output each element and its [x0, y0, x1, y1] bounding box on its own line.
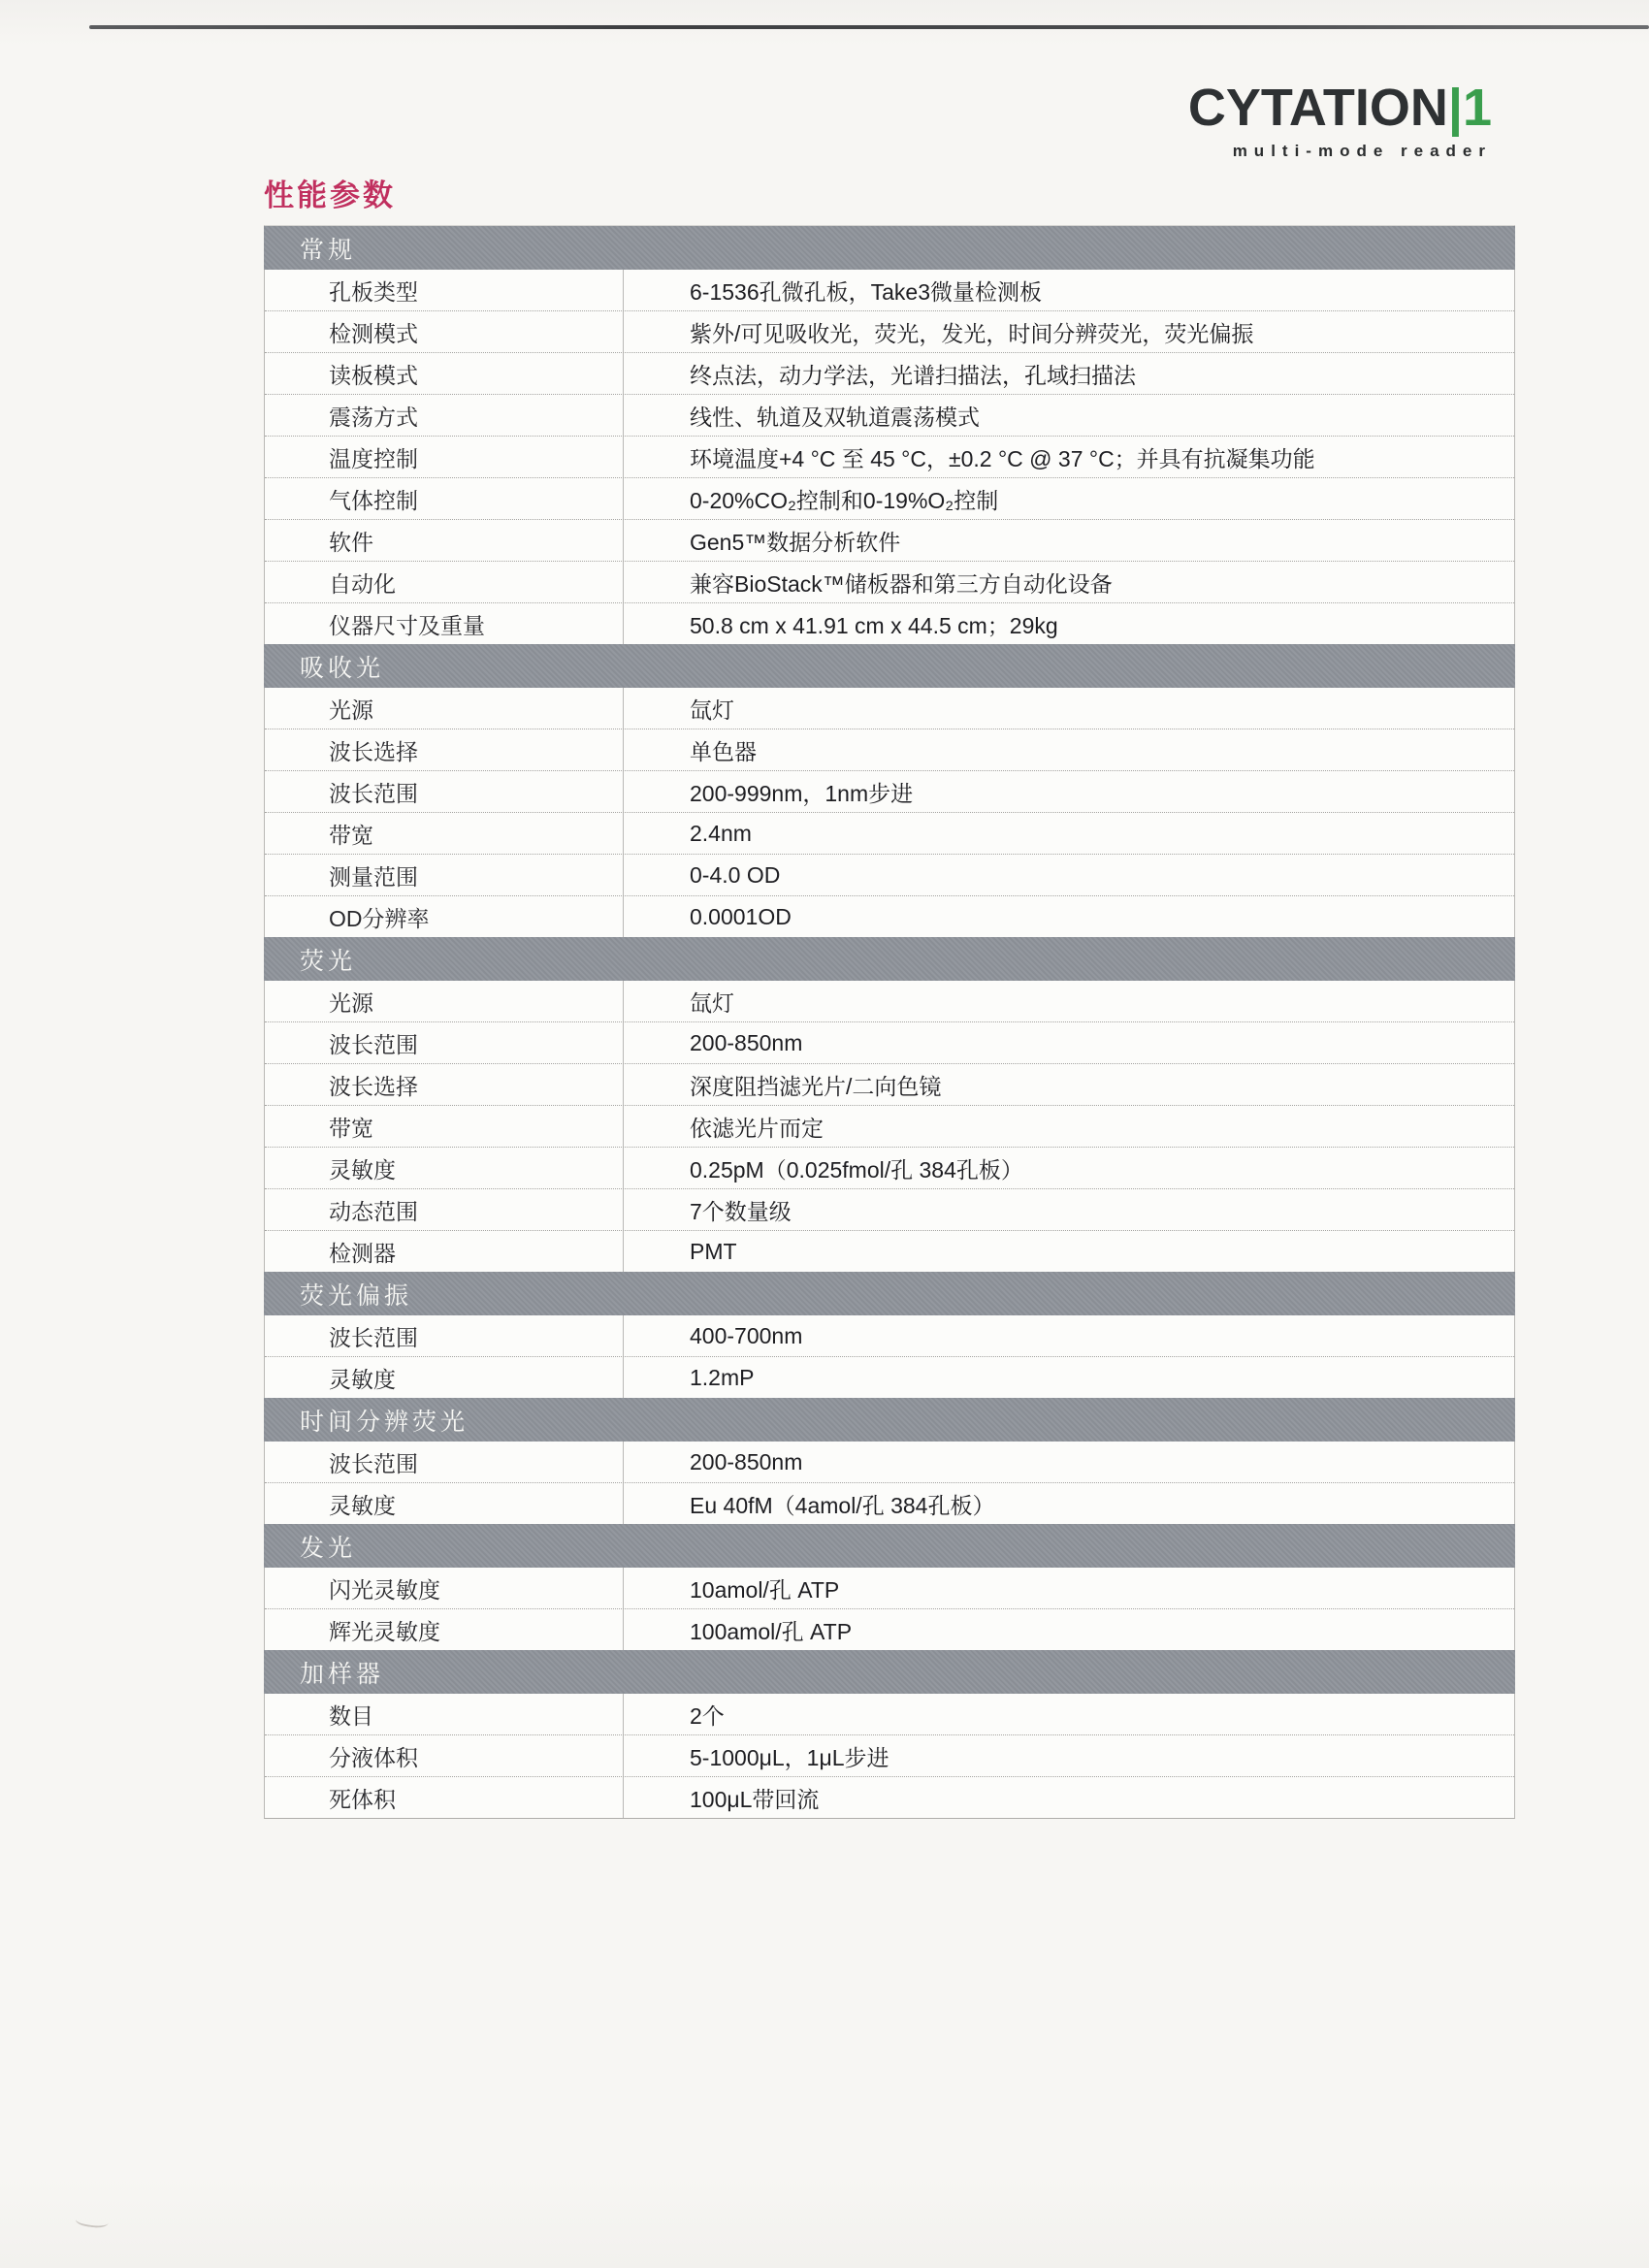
spec-row: 灵敏度Eu 40fM（4amol/孔 384孔板） — [265, 1482, 1514, 1524]
row-value: 1.2mP — [624, 1357, 1514, 1398]
row-value: 氙灯 — [624, 688, 1514, 729]
row-value: 200-850nm — [624, 1022, 1514, 1063]
section-header: 荧光偏振 — [264, 1272, 1515, 1315]
row-label: 数目 — [265, 1694, 624, 1734]
row-value: 5-1000μL，1μL步进 — [624, 1735, 1514, 1776]
spec-row: 孔板类型6-1536孔微孔板，Take3微量检测板 — [265, 270, 1514, 310]
row-label: 软件 — [265, 520, 624, 561]
row-label: 检测器 — [265, 1231, 624, 1272]
row-value: 兼容BioStack™储板器和第三方自动化设备 — [624, 562, 1514, 602]
logo-tagline: multi-mode reader — [1188, 142, 1492, 161]
row-value: 7个数量级 — [624, 1189, 1514, 1230]
scan-artifact — [75, 2212, 110, 2230]
section-header: 吸收光 — [264, 644, 1515, 688]
spec-row: 自动化兼容BioStack™储板器和第三方自动化设备 — [265, 561, 1514, 602]
spec-row: 读板模式终点法，动力学法，光谱扫描法，孔域扫描法 — [265, 352, 1514, 394]
row-value: 50.8 cm x 41.91 cm x 44.5 cm；29kg — [624, 603, 1514, 644]
spec-row: 测量范围0-4.0 OD — [265, 854, 1514, 895]
row-value: 6-1536孔微孔板，Take3微量检测板 — [624, 270, 1514, 310]
spec-row: 灵敏度1.2mP — [265, 1356, 1514, 1398]
row-value: 100μL带回流 — [624, 1777, 1514, 1818]
spec-row: 死体积100μL带回流 — [265, 1776, 1514, 1818]
row-value: 10amol/孔 ATP — [624, 1568, 1514, 1608]
row-value: 环境温度+4 °C 至 45 °C，±0.2 °C @ 37 °C；并具有抗凝集… — [624, 437, 1514, 477]
top-rule — [89, 25, 1649, 29]
row-value: Gen5™数据分析软件 — [624, 520, 1514, 561]
spec-row: 动态范围7个数量级 — [265, 1188, 1514, 1230]
spec-row: 波长范围200-850nm — [265, 1021, 1514, 1063]
logo-model-number: 1 — [1463, 79, 1492, 137]
spec-row: 波长选择深度阻挡滤光片/二向色镜 — [265, 1063, 1514, 1105]
spec-row: 软件Gen5™数据分析软件 — [265, 519, 1514, 561]
spec-row: 带宽2.4nm — [265, 812, 1514, 854]
row-label: 波长范围 — [265, 1442, 624, 1482]
row-label: 光源 — [265, 981, 624, 1021]
spec-row: 辉光灵敏度100amol/孔 ATP — [265, 1608, 1514, 1650]
row-label: 震荡方式 — [265, 395, 624, 436]
row-value: 2个 — [624, 1694, 1514, 1734]
row-value: 200-999nm，1nm步进 — [624, 771, 1514, 812]
spec-row: 数目2个 — [265, 1694, 1514, 1734]
spec-row: 波长选择单色器 — [265, 729, 1514, 770]
row-label: 死体积 — [265, 1777, 624, 1818]
section-header: 时间分辨荧光 — [264, 1398, 1515, 1442]
spec-row: 分液体积5-1000μL，1μL步进 — [265, 1734, 1514, 1776]
section-header: 加样器 — [264, 1650, 1515, 1694]
row-label: 灵敏度 — [265, 1148, 624, 1188]
row-value: 0.25pM（0.025fmol/孔 384孔板） — [624, 1148, 1514, 1188]
row-label: 仪器尺寸及重量 — [265, 603, 624, 644]
row-label: 带宽 — [265, 1106, 624, 1147]
row-value: 终点法，动力学法，光谱扫描法，孔域扫描法 — [624, 353, 1514, 394]
row-value: 2.4nm — [624, 813, 1514, 854]
spec-row: 闪光灵敏度10amol/孔 ATP — [265, 1568, 1514, 1608]
row-label: 辉光灵敏度 — [265, 1609, 624, 1650]
section-header: 常规 — [264, 226, 1515, 270]
page-title: 性能参数 — [264, 171, 396, 214]
spec-row: 检测器PMT — [265, 1230, 1514, 1272]
spec-row: 波长范围400-700nm — [265, 1315, 1514, 1356]
row-label: 灵敏度 — [265, 1483, 624, 1524]
spec-row: 光源氙灯 — [265, 981, 1514, 1021]
spec-row: 温度控制环境温度+4 °C 至 45 °C，±0.2 °C @ 37 °C；并具… — [265, 436, 1514, 477]
row-value: 依滤光片而定 — [624, 1106, 1514, 1147]
row-value: 0-4.0 OD — [624, 855, 1514, 895]
row-label: 带宽 — [265, 813, 624, 854]
row-value: 氙灯 — [624, 981, 1514, 1021]
row-value: 200-850nm — [624, 1442, 1514, 1482]
spec-row: 光源氙灯 — [265, 688, 1514, 729]
row-label: 分液体积 — [265, 1735, 624, 1776]
spec-row: 检测模式紫外/可见吸收光，荧光，发光，时间分辨荧光，荧光偏振 — [265, 310, 1514, 352]
spec-row: 气体控制0-20%CO₂控制和0-19%O₂控制 — [265, 477, 1514, 519]
row-label: 读板模式 — [265, 353, 624, 394]
row-label: 检测模式 — [265, 311, 624, 352]
row-label: 气体控制 — [265, 478, 624, 519]
row-value: 0-20%CO₂控制和0-19%O₂控制 — [624, 478, 1514, 519]
row-label: OD分辨率 — [265, 896, 624, 937]
row-value: 400-700nm — [624, 1315, 1514, 1356]
row-label: 波长范围 — [265, 1315, 624, 1356]
row-value: Eu 40fM（4amol/孔 384孔板） — [624, 1483, 1514, 1524]
spec-row: 震荡方式线性、轨道及双轨道震荡模式 — [265, 394, 1514, 436]
row-label: 光源 — [265, 688, 624, 729]
row-label: 温度控制 — [265, 437, 624, 477]
spec-row: 波长范围200-850nm — [265, 1442, 1514, 1482]
row-value: PMT — [624, 1231, 1514, 1272]
row-value: 紫外/可见吸收光，荧光，发光，时间分辨荧光，荧光偏振 — [624, 311, 1514, 352]
row-label: 闪光灵敏度 — [265, 1568, 624, 1608]
row-value: 100amol/孔 ATP — [624, 1609, 1514, 1650]
section-header: 发光 — [264, 1524, 1515, 1568]
logo-brand-text: CYTATION — [1188, 79, 1448, 137]
spec-row: 仪器尺寸及重量50.8 cm x 41.91 cm x 44.5 cm；29kg — [265, 602, 1514, 644]
logo-wordmark: CYTATION|1 — [1188, 81, 1492, 134]
row-label: 孔板类型 — [265, 270, 624, 310]
row-value: 单色器 — [624, 729, 1514, 770]
row-label: 动态范围 — [265, 1189, 624, 1230]
spec-table: 常规孔板类型6-1536孔微孔板，Take3微量检测板检测模式紫外/可见吸收光，… — [264, 225, 1515, 1819]
spec-row: 带宽依滤光片而定 — [265, 1105, 1514, 1147]
row-label: 波长选择 — [265, 729, 624, 770]
row-label: 波长范围 — [265, 1022, 624, 1063]
row-label: 波长选择 — [265, 1064, 624, 1105]
spec-row: 灵敏度0.25pM（0.025fmol/孔 384孔板） — [265, 1147, 1514, 1188]
spec-row: 波长范围200-999nm，1nm步进 — [265, 770, 1514, 812]
spec-row: OD分辨率0.0001OD — [265, 895, 1514, 937]
row-value: 深度阻挡滤光片/二向色镜 — [624, 1064, 1514, 1105]
row-label: 灵敏度 — [265, 1357, 624, 1398]
logo-separator-bar: | — [1448, 79, 1463, 137]
row-value: 线性、轨道及双轨道震荡模式 — [624, 395, 1514, 436]
section-header: 荧光 — [264, 937, 1515, 981]
row-label: 测量范围 — [265, 855, 624, 895]
row-label: 自动化 — [265, 562, 624, 602]
row-label: 波长范围 — [265, 771, 624, 812]
brand-logo: CYTATION|1 multi-mode reader — [1188, 81, 1492, 161]
row-value: 0.0001OD — [624, 896, 1514, 937]
